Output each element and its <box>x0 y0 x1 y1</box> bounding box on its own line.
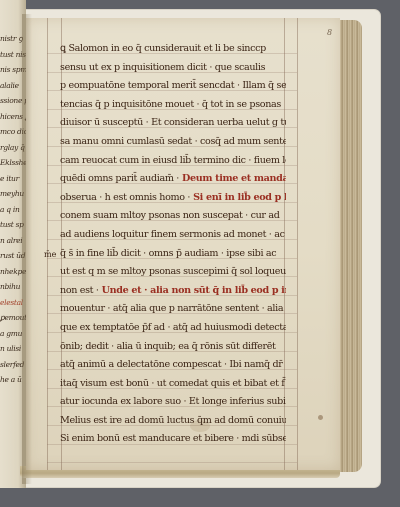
text-line-body: tencias q̄ p inquisitōne mouet · q̄ tot … <box>60 99 281 110</box>
text-line: mouentur · atq̄ alia que p narrātōne sen… <box>60 300 286 319</box>
left-page-line: n ulisi <box>0 344 21 353</box>
text-line: que ex temptatōe p̄f ad · atq̄ ad huiusm… <box>60 319 286 338</box>
gutter-shadow <box>22 14 32 484</box>
text-line: conem suam mltoy psonas non suscepat · c… <box>60 207 286 226</box>
text-line: atq̄ animū a delectatōne compescat · Ibi… <box>60 356 286 375</box>
text-line-body: que ex temptatōe p̄f ad · atq̄ ad huiusm… <box>60 322 286 333</box>
rubric-text: Deum time et mandata ei <box>179 173 286 184</box>
text-line: sa manu omni cumlasū sedat · cosq̄ ad mu… <box>60 133 286 152</box>
rubric-text: Unde et · alia non sūt q̄ in lib̄ eod p … <box>99 285 286 296</box>
text-line-body: itaq̄ visum est bonū · ut comedat quis e… <box>60 378 284 389</box>
ruling-line <box>47 462 297 463</box>
text-line: tencias q̄ p inquisitōne mouet · q̄ tot … <box>60 96 286 115</box>
margin-note: m̄e <box>44 250 56 259</box>
text-line: ōnib; dedit · alia ū inquib; ea q̄ rōnis… <box>60 338 286 357</box>
text-line-body: conem suam mltoy psonas non suscepat · c… <box>60 210 280 221</box>
text-line-body: obserua · h est omnis homo · <box>60 192 190 203</box>
text-line: diuisor ū susceptū · Et consideran uerba… <box>60 114 286 133</box>
text-line-body: cam reuocat cum in eiusd lib̄ termino di… <box>60 155 286 166</box>
text-line: Melius est ire ad domū luctus q̄m ad dom… <box>60 412 286 431</box>
text-line: ad audiens loquitur finem sermonis ad mo… <box>60 226 286 245</box>
text-line-body: q̄ s̄ in fine lib̄ dicit · omns p̄ audia… <box>60 248 276 259</box>
folio-number: 8 <box>327 28 332 37</box>
text-line-body: atq̄ animū a delectatōne compescat · Ibi… <box>60 359 286 370</box>
stain <box>318 415 323 420</box>
text-line-body: non est · <box>60 285 99 296</box>
text-line-body: ꝗ Salomon in eo q̄ cunsiderauit et li be… <box>60 43 266 54</box>
text-line: obserua · h est omnis homo · Si enī in l… <box>60 189 286 208</box>
left-page-line: a q in <box>0 205 19 214</box>
left-page-line: alalie <box>0 81 19 90</box>
text-line-body: ad audiens loquitur finem sermonis ad mo… <box>60 229 285 240</box>
text-line: itaq̄ visum est bonū · ut comedat quis e… <box>60 375 286 394</box>
left-page-line: n alrei <box>0 236 22 245</box>
rubric-text: Si enī in lib̄ eod p loca <box>190 192 286 203</box>
left-page-line: tust sp <box>0 220 24 229</box>
text-line: sensu ut ex p inquisitionem dicit · que … <box>60 59 286 78</box>
text-line-body: ut est q m se mltoy psonas suscepimi q̄ … <box>60 266 286 277</box>
text-line-body: sensu ut ex p inquisitionem dicit · que … <box>60 62 265 73</box>
text-line-body: Si enim bonū est manducare et bibere · m… <box>60 433 286 444</box>
text-line: q̄ s̄ in fine lib̄ dicit · omns p̄ audia… <box>60 245 286 264</box>
text-line: ut est q m se mltoy psonas suscepimi q̄ … <box>60 263 286 282</box>
text-line: non est · Unde et · alia non sūt q̄ in l… <box>60 282 286 301</box>
left-page-line: rglay q̄ <box>0 143 25 152</box>
main-text-block: ꝗ Salomon in eo q̄ cunsiderauit et li be… <box>60 40 286 449</box>
text-line: atur iocunda ex labore suo · Et longe in… <box>60 393 286 412</box>
text-line-body: Melius est ire ad domū luctus q̄m ad dom… <box>60 415 286 426</box>
text-line: quēdi omns parit̄ audiam̄ · Deum time et… <box>60 170 286 189</box>
left-page-line: a gmu <box>0 329 22 338</box>
left-page-line: he a ū <box>0 375 22 384</box>
left-page-line: nistr ꝯ <box>0 34 22 44</box>
text-line: cam reuocat cum in eiusd lib̄ termino di… <box>60 152 286 171</box>
ruling-left-outer <box>47 18 48 470</box>
ruling-right-outer <box>297 18 298 470</box>
left-page-line: elestal <box>0 298 23 307</box>
left-page-line: e itur <box>0 174 19 183</box>
text-line-body: quēdi omns parit̄ audiam̄ · <box>60 173 179 184</box>
text-line-body: mouentur · atq̄ alia que p narrātōne sen… <box>60 303 283 314</box>
text-line: p eompuatōne temporal merit̄ sencdat · I… <box>60 77 286 96</box>
text-line: Si enim bonū est manducare et bibere · m… <box>60 430 286 449</box>
left-page-line: slerfed <box>0 360 24 369</box>
text-line-body: atur iocunda ex labore suo · Et longe in… <box>60 396 286 407</box>
text-line-body: sa manu omni cumlasū sedat · cosq̄ ad mu… <box>60 136 286 147</box>
text-line-body: p eompuatōne temporal merit̄ sencdat · I… <box>60 80 286 91</box>
text-line-body: diuisor ū susceptū · Et consideran uerba… <box>60 117 286 128</box>
left-page-line: nbihu <box>0 282 20 291</box>
left-page-line: meyhu <box>0 189 24 198</box>
text-line-body: ōnib; dedit · alia ū inquib; ea q̄ rōnis… <box>60 341 276 352</box>
text-line: ꝗ Salomon in eo q̄ cunsiderauit et li be… <box>60 40 286 59</box>
